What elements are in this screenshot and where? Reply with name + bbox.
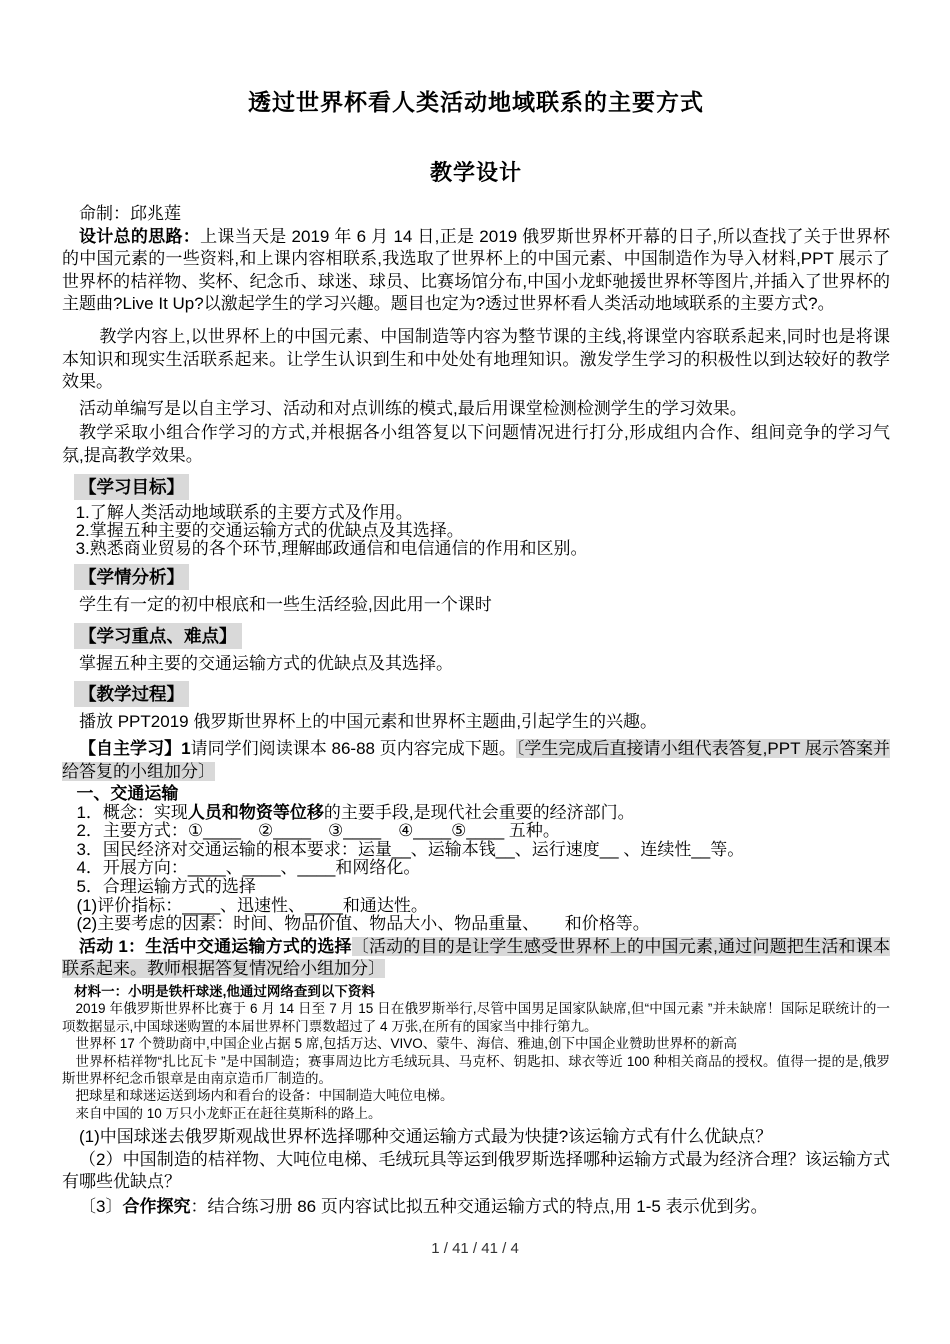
transport-heading: 一、交通运输 [62,785,890,804]
doc-subtitle: 教学设计 [62,156,890,187]
process-heading-label: 【教学过程】 [74,681,189,707]
section-heading-process: 【教学过程】 [62,681,890,707]
objectives-heading-label: 【学习目标】 [74,474,189,500]
activity-paragraph: 活动 1：生活中交通运输方式的选择〔活动的目的是让学生感受世界杯上的中国元素,通… [62,936,890,981]
intro-paragraph-1: 设计总的思路：上课当天是 2019 年 6 月 14 日,正是 2019 俄罗斯… [62,226,890,316]
keypoints-heading-label: 【学习重点、难点】 [74,623,242,649]
self-study-paragraph: 【自主学习】1请同学们阅读课本 86-88 页内容完成下题。〔学生完成后直接请小… [62,738,890,783]
transport-section: 一、交通运输 1．概念：实现人员和物资等位移的主要手段,是现代社会重要的经济部门… [62,785,890,934]
intro-paragraph-1-label: 设计总的思路： [79,227,200,246]
page-number-footer: 1 / 41 / 41 / 4 [0,1240,950,1257]
activity-label: 活动 1：生活中交通运输方式的选择 [79,937,352,956]
material-paragraph: 2019 年俄罗斯世界杯比赛于 6 月 14 日至 7 月 15 日在俄罗斯举行… [62,1000,890,1035]
objective-item: 3.熟悉商业贸易的各个环节,理解邮政通信和电信通信的作用和区别。 [62,540,890,558]
analysis-heading-label: 【学情分析】 [74,564,189,590]
question-1: (1)中国球迷去俄罗斯观战世界杯选择哪种交通运输方式最为快捷?该运输方式有什么优… [62,1126,890,1149]
author-line: 命制：邱兆莲 [62,203,890,226]
section-heading-objectives: 【学习目标】 [62,474,890,500]
page-title: 透过世界杯看人类活动地域联系的主要方式 [62,0,890,117]
intro-paragraph-4: 教学采取小组合作学习的方式,并根据各小组答复以下问题情况进行打分,形成组内合作、… [62,422,890,467]
intro-paragraph-2: 教学内容上,以世界杯上的中国元素、中国制造等内容为整节课的主线,将课堂内容联系起… [62,326,890,394]
document-page: 透过世界杯看人类活动地域联系的主要方式 教学设计 命制：邱兆莲 设计总的思路：上… [0,0,950,1219]
question-3-label: 合作探究 [122,1197,190,1216]
transport-subitem-1: (1)评价指标：____、迅速性、____和通达性。 [62,897,890,916]
question-3-prefix: 〔3〕 [79,1197,122,1216]
keypoints-text: 掌握五种主要的交通运输方式的优缺点及其选择。 [62,653,890,676]
analysis-text: 学生有一定的初中根底和一些生活经验,因此用一个课时 [62,594,890,617]
process-text: 播放 PPT2019 俄罗斯世界杯上的中国元素和世界杯主题曲,引起学生的兴趣。 [62,711,890,734]
transport-subitem-2: (2)主要考虑的因素：时间、物品价值、物品大小、物品重量、 和价格等。 [62,915,890,934]
material-section: 材料一：小明是铁杆球迷,他通过网络查到以下资料 2019 年俄罗斯世界杯比赛于 … [62,983,890,1122]
transport-item-1-post: 的主要手段,是现代社会重要的经济部门。 [324,803,635,822]
objective-item: 1.了解人类活动地域联系的主要方式及作用。 [62,504,890,522]
material-paragraph: 来自中国的 10 万只小龙虾正在赶往莫斯科的路上。 [62,1105,890,1122]
material-paragraph: 世界杯 17 个赞助商中,中国企业占据 5 席,包括万达、VIVO、蒙牛、海信、… [62,1035,890,1052]
objectives-list: 1.了解人类活动地域联系的主要方式及作用。 2.掌握五种主要的交通运输方式的优缺… [62,504,890,559]
transport-item-3: 3．国民经济对交通运输的根本要求：运量__、运输本钱__、运行速度__ 、连续性… [62,841,890,860]
transport-item-1: 1．概念：实现人员和物资等位移的主要手段,是现代社会重要的经济部门。 [62,804,890,823]
self-study-label: 【自主学习】1 [79,739,191,758]
transport-item-4: 4．开展方向：____、____、____和网络化。 [62,859,890,878]
transport-item-1-bold: 人员和物资等位移 [188,803,324,822]
transport-item-1-pre: 1．概念：实现 [76,803,187,822]
material-heading: 材料一：小明是铁杆球迷,他通过网络查到以下资料 [62,983,890,1000]
question-3: 〔3〕合作探究：结合练习册 86 页内容试比拟五种交通运输方式的特点,用 1-5… [62,1196,890,1219]
section-heading-keypoints: 【学习重点、难点】 [62,623,890,649]
question-3-text: ：结合练习册 86 页内容试比拟五种交通运输方式的特点,用 1-5 表示优到劣。 [190,1197,767,1216]
self-study-text: 请同学们阅读课本 86-88 页内容完成下题。 [191,739,516,758]
transport-item-2: 2．主要方式：①____ ②____ ③____ ④____⑤____ 五种。 [62,822,890,841]
material-paragraph: 把球星和球迷运送到场内和看台的设备：中国制造大吨位电梯。 [62,1087,890,1104]
transport-item-5: 5．合理运输方式的选择 [62,878,890,897]
intro-paragraph-3: 活动单编写是以自主学习、活动和对点训练的模式,最后用课堂检测检测学生的学习效果。 [62,398,890,421]
question-2: （2）中国制造的桔祥物、大吨位电梯、毛绒玩具等运到俄罗斯选择哪种运输方式最为经济… [62,1149,890,1194]
objective-item: 2.掌握五种主要的交通运输方式的优缺点及其选择。 [62,522,890,540]
section-heading-analysis: 【学情分析】 [62,564,890,590]
material-paragraph: 世界杯桔祥物“扎比瓦卡 ”是中国制造；赛事周边比方毛绒玩具、马克杯、钥匙扣、球衣… [62,1053,890,1088]
